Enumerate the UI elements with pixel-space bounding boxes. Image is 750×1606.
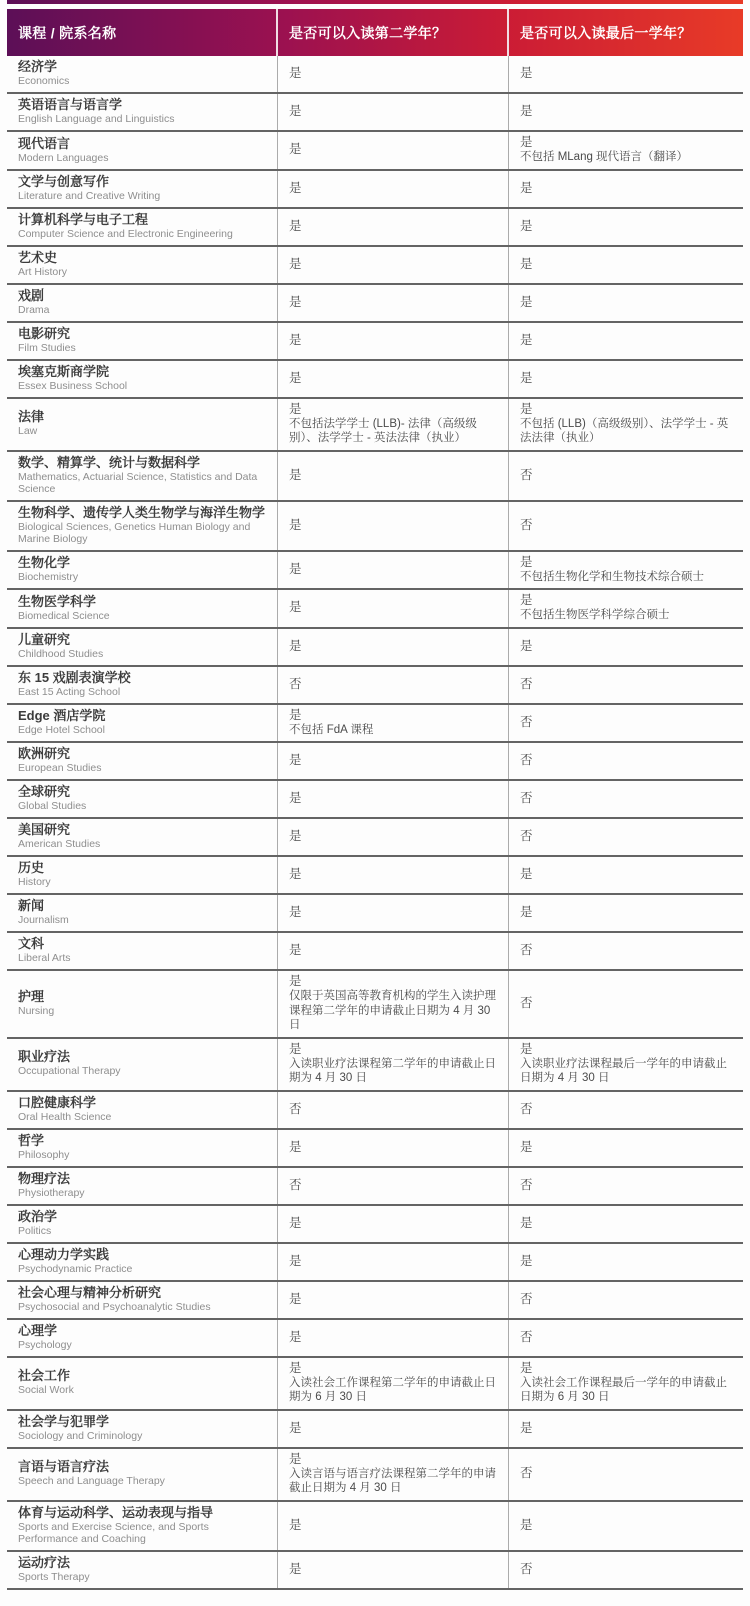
second-year-cell: 是入读社会工作课程第二学年的申请截止日期为 6 月 30 日 <box>278 1358 509 1409</box>
second-year-cell: 否 <box>278 1168 509 1204</box>
final-year-answer: 否 <box>520 468 735 483</box>
second-year-answer: 是 <box>289 867 500 882</box>
second-year-answer: 是 <box>289 1421 500 1436</box>
final-year-answer: 否 <box>520 791 735 806</box>
final-year-cell: 否 <box>509 705 743 742</box>
final-year-cell: 是 <box>509 285 743 321</box>
final-year-cell: 是不包括 (LLB)（高级级别）、法学学士 - 英法法律（执业） <box>509 399 743 450</box>
final-year-cell: 否 <box>509 1320 743 1356</box>
table-row: 戏剧Drama是是 <box>7 285 743 323</box>
second-year-answer: 是 <box>289 600 500 615</box>
table-row: 社会心理与精神分析研究Psychosocial and Psychoanalyt… <box>7 1282 743 1320</box>
second-year-answer: 是 <box>289 753 500 768</box>
final-year-answer: 否 <box>520 1562 735 1577</box>
final-year-answer: 是 <box>520 867 735 882</box>
course-name-zh: 全球研究 <box>18 784 269 800</box>
course-name-en: Oral Health Science <box>18 1111 269 1124</box>
second-year-cell: 是 <box>278 590 509 627</box>
second-year-answer: 是 <box>289 905 500 920</box>
course-name-zh: 政治学 <box>18 1209 269 1225</box>
second-year-note: 仅限于英国高等教育机构的学生入读护理课程第二学年的申请截止日期为 4 月 30 … <box>289 989 500 1033</box>
final-year-answer: 是 <box>520 1361 735 1376</box>
course-name-en: Global Studies <box>18 800 269 813</box>
top-gradient-strip <box>7 0 743 4</box>
table-row: 文学与创意写作Literature and Creative Writing是是 <box>7 171 743 209</box>
table-row: 数学、精算学、统计与数据科学Mathematics, Actuarial Sci… <box>7 452 743 502</box>
course-name-zh: 现代语言 <box>18 136 269 152</box>
final-year-cell: 是 <box>509 895 743 931</box>
course-name-zh: 文学与创意写作 <box>18 174 269 190</box>
course-name-zh: 生物化学 <box>18 555 269 571</box>
final-year-answer: 是 <box>520 135 735 150</box>
course-name-en: American Studies <box>18 838 269 851</box>
course-name-zh: 东 15 戏剧表演学校 <box>18 670 269 686</box>
table-row: 护理Nursing是仅限于英国高等教育机构的学生入读护理课程第二学年的申请截止日… <box>7 971 743 1039</box>
final-year-answer: 否 <box>520 1292 735 1307</box>
page: 课程 / 院系名称 是否可以入读第二学年？ 是否可以入读最后一学年？ 经济学Ec… <box>0 0 750 1606</box>
final-year-answer: 是 <box>520 333 735 348</box>
course-name-cell: Edge 酒店学院Edge Hotel School <box>7 705 278 742</box>
second-year-answer: 是 <box>289 1330 500 1345</box>
second-year-answer: 是 <box>289 1562 500 1577</box>
course-name-en: Speech and Language Therapy <box>18 1475 269 1488</box>
course-name-cell: 新闻Journalism <box>7 895 278 931</box>
final-year-cell: 是不包括生物医学科学综合硕士 <box>509 590 743 627</box>
second-year-answer: 是 <box>289 708 500 723</box>
table-row: 现代语言Modern Languages是是不包括 MLang 现代语言（翻译） <box>7 132 743 171</box>
second-year-note: 不包括法学学士 (LLB)- 法律（高级级别）、法学学士 - 英法法律（执业） <box>289 417 500 446</box>
table-row: 法律Law是不包括法学学士 (LLB)- 法律（高级级别）、法学学士 - 英法法… <box>7 399 743 452</box>
course-name-en: Nursing <box>18 1005 269 1018</box>
course-name-zh: 生物医学科学 <box>18 594 269 610</box>
course-name-zh: 社会工作 <box>18 1368 269 1384</box>
course-name-zh: 社会心理与精神分析研究 <box>18 1285 269 1301</box>
table-row: 文科Liberal Arts是否 <box>7 933 743 971</box>
table-row: 东 15 戏剧表演学校East 15 Acting School否否 <box>7 667 743 705</box>
course-name-cell: 埃塞克斯商学院Essex Business School <box>7 361 278 397</box>
second-year-cell: 否 <box>278 1092 509 1128</box>
course-name-en: East 15 Acting School <box>18 686 269 699</box>
final-year-answer: 否 <box>520 1178 735 1193</box>
course-name-cell: 哲学Philosophy <box>7 1130 278 1166</box>
course-name-cell: 欧洲研究European Studies <box>7 743 278 779</box>
second-year-cell: 是 <box>278 132 509 169</box>
second-year-cell: 是仅限于英国高等教育机构的学生入读护理课程第二学年的申请截止日期为 4 月 30… <box>278 971 509 1037</box>
final-year-answer: 否 <box>520 1102 735 1117</box>
course-name-zh: 口腔健康科学 <box>18 1095 269 1111</box>
final-year-answer: 是 <box>520 1254 735 1269</box>
course-name-cell: 生物医学科学Biomedical Science <box>7 590 278 627</box>
second-year-answer: 是 <box>289 402 500 417</box>
course-name-en: Computer Science and Electronic Engineer… <box>18 228 269 241</box>
course-name-en: Edge Hotel School <box>18 724 269 737</box>
course-name-cell: 英语语言与语言学English Language and Linguistics <box>7 94 278 130</box>
course-name-cell: 东 15 戏剧表演学校East 15 Acting School <box>7 667 278 703</box>
table-row: 政治学Politics是是 <box>7 1206 743 1244</box>
course-name-cell: 现代语言Modern Languages <box>7 132 278 169</box>
course-name-en: Law <box>18 425 269 438</box>
course-name-en: Literature and Creative Writing <box>18 190 269 203</box>
final-year-answer: 否 <box>520 518 735 533</box>
second-year-note: 入读社会工作课程第二学年的申请截止日期为 6 月 30 日 <box>289 1376 500 1405</box>
table-row: 生物化学Biochemistry是是不包括生物化学和生物技术综合硕士 <box>7 552 743 591</box>
second-year-cell: 是 <box>278 1244 509 1280</box>
second-year-cell: 是 <box>278 56 509 92</box>
second-year-cell: 是 <box>278 1320 509 1356</box>
table-row: 心理学Psychology是否 <box>7 1320 743 1358</box>
table-row: 社会工作Social Work是入读社会工作课程第二学年的申请截止日期为 6 月… <box>7 1358 743 1411</box>
final-year-cell: 是 <box>509 1502 743 1550</box>
table-row: 电影研究Film Studies是是 <box>7 323 743 361</box>
table-row: 社会学与犯罪学Sociology and Criminology是是 <box>7 1411 743 1449</box>
table-body: 经济学Economics是是英语语言与语言学English Language a… <box>7 56 743 1590</box>
second-year-note: 入读言语与语言疗法课程第二学年的申请截止日期为 4 月 30 日 <box>289 1467 500 1496</box>
table-row: 欧洲研究European Studies是否 <box>7 743 743 781</box>
final-year-cell: 是不包括生物化学和生物技术综合硕士 <box>509 552 743 589</box>
course-name-zh: 艺术史 <box>18 250 269 266</box>
second-year-cell: 是 <box>278 629 509 665</box>
course-name-cell: 美国研究American Studies <box>7 819 278 855</box>
final-year-cell: 否 <box>509 1449 743 1500</box>
final-year-cell: 是 <box>509 1244 743 1280</box>
course-name-zh: 经济学 <box>18 59 269 75</box>
table-row: 心理动力学实践Psychodynamic Practice是是 <box>7 1244 743 1282</box>
final-year-answer: 是 <box>520 905 735 920</box>
course-name-zh: Edge 酒店学院 <box>18 708 269 724</box>
final-year-answer: 是 <box>520 1216 735 1231</box>
header-final-year: 是否可以入读最后一学年？ <box>509 9 743 56</box>
course-name-cell: 运动疗法Sports Therapy <box>7 1552 278 1588</box>
second-year-cell: 是不包括法学学士 (LLB)- 法律（高级级别）、法学学士 - 英法法律（执业） <box>278 399 509 450</box>
course-name-cell: 艺术史Art History <box>7 247 278 283</box>
course-name-cell: 生物化学Biochemistry <box>7 552 278 589</box>
second-year-answer: 是 <box>289 142 500 157</box>
course-name-en: History <box>18 876 269 889</box>
course-name-zh: 社会学与犯罪学 <box>18 1414 269 1430</box>
second-year-answer: 是 <box>289 791 500 806</box>
course-name-zh: 生物科学、遗传学人类生物学与海洋生物学 <box>18 505 269 521</box>
final-year-cell: 否 <box>509 502 743 550</box>
second-year-cell: 是 <box>278 209 509 245</box>
course-name-cell: 计算机科学与电子工程Computer Science and Electroni… <box>7 209 278 245</box>
course-name-en: Essex Business School <box>18 380 269 393</box>
second-year-cell: 是 <box>278 247 509 283</box>
final-year-answer: 是 <box>520 104 735 119</box>
course-name-cell: 心理动力学实践Psychodynamic Practice <box>7 1244 278 1280</box>
course-name-cell: 电影研究Film Studies <box>7 323 278 359</box>
second-year-answer: 是 <box>289 639 500 654</box>
course-name-en: Journalism <box>18 914 269 927</box>
final-year-answer: 是 <box>520 295 735 310</box>
table-row: 英语语言与语言学English Language and Linguistics… <box>7 94 743 132</box>
table-header-row: 课程 / 院系名称 是否可以入读第二学年？ 是否可以入读最后一学年？ <box>7 9 743 56</box>
second-year-answer: 是 <box>289 1452 500 1467</box>
second-year-cell: 是 <box>278 933 509 969</box>
second-year-answer: 是 <box>289 1254 500 1269</box>
course-name-zh: 儿童研究 <box>18 632 269 648</box>
course-name-cell: 体育与运动科学、运动表现与指导Sports and Exercise Scien… <box>7 1502 278 1550</box>
course-name-cell: 历史History <box>7 857 278 893</box>
final-year-answer: 是 <box>520 371 735 386</box>
final-year-cell: 是 <box>509 361 743 397</box>
course-name-zh: 埃塞克斯商学院 <box>18 364 269 380</box>
course-name-en: Occupational Therapy <box>18 1065 269 1078</box>
second-year-answer: 是 <box>289 181 500 196</box>
second-year-cell: 是 <box>278 857 509 893</box>
final-year-answer: 是 <box>520 1518 735 1533</box>
course-name-en: Philosophy <box>18 1149 269 1162</box>
course-name-zh: 电影研究 <box>18 326 269 342</box>
table-row: 言语与语言疗法Speech and Language Therapy是入读言语与… <box>7 1449 743 1502</box>
course-name-en: Modern Languages <box>18 152 269 165</box>
course-name-zh: 体育与运动科学、运动表现与指导 <box>18 1505 269 1521</box>
second-year-answer: 是 <box>289 219 500 234</box>
course-name-zh: 计算机科学与电子工程 <box>18 212 269 228</box>
course-name-en: Psychodynamic Practice <box>18 1263 269 1276</box>
final-year-cell: 是 <box>509 247 743 283</box>
final-year-cell: 否 <box>509 819 743 855</box>
course-name-en: Economics <box>18 75 269 88</box>
course-name-en: European Studies <box>18 762 269 775</box>
final-year-answer: 是 <box>520 66 735 81</box>
final-year-answer: 否 <box>520 943 735 958</box>
final-year-answer: 是 <box>520 639 735 654</box>
course-name-cell: 生物科学、遗传学人类生物学与海洋生物学Biological Sciences, … <box>7 502 278 550</box>
course-name-en: Psychosocial and Psychoanalytic Studies <box>18 1301 269 1314</box>
second-year-answer: 否 <box>289 1102 500 1117</box>
second-year-cell: 是 <box>278 452 509 500</box>
course-name-en: Sports and Exercise Science, and Sports … <box>18 1521 269 1546</box>
second-year-cell: 是 <box>278 1130 509 1166</box>
second-year-answer: 是 <box>289 829 500 844</box>
final-year-answer: 是 <box>520 1140 735 1155</box>
second-year-answer: 是 <box>289 1292 500 1307</box>
final-year-answer: 是 <box>520 1042 735 1057</box>
table-row: 计算机科学与电子工程Computer Science and Electroni… <box>7 209 743 247</box>
second-year-cell: 是 <box>278 1552 509 1588</box>
final-year-cell: 否 <box>509 743 743 779</box>
course-name-en: Psychology <box>18 1339 269 1352</box>
final-year-answer: 是 <box>520 593 735 608</box>
final-year-answer: 否 <box>520 1330 735 1345</box>
final-year-cell: 是 <box>509 171 743 207</box>
table-row: 历史History是是 <box>7 857 743 895</box>
second-year-answer: 是 <box>289 104 500 119</box>
second-year-answer: 是 <box>289 1361 500 1376</box>
header-course-name: 课程 / 院系名称 <box>7 9 278 56</box>
course-name-zh: 心理学 <box>18 1323 269 1339</box>
second-year-answer: 是 <box>289 562 500 577</box>
second-year-cell: 是 <box>278 1502 509 1550</box>
second-year-answer: 否 <box>289 1178 500 1193</box>
final-year-cell: 否 <box>509 1168 743 1204</box>
final-year-answer: 是 <box>520 555 735 570</box>
second-year-answer: 是 <box>289 295 500 310</box>
course-name-cell: 数学、精算学、统计与数据科学Mathematics, Actuarial Sci… <box>7 452 278 500</box>
course-entry-table: 课程 / 院系名称 是否可以入读第二学年？ 是否可以入读最后一学年？ 经济学Ec… <box>7 9 743 1590</box>
final-year-cell: 是入读社会工作课程最后一学年的申请截止日期为 6 月 30 日 <box>509 1358 743 1409</box>
second-year-answer: 是 <box>289 257 500 272</box>
table-row: 艺术史Art History是是 <box>7 247 743 285</box>
course-name-en: Biochemistry <box>18 571 269 584</box>
course-name-en: Physiotherapy <box>18 1187 269 1200</box>
final-year-cell: 是 <box>509 323 743 359</box>
table-row: 美国研究American Studies是否 <box>7 819 743 857</box>
final-year-note: 入读职业疗法课程最后一学年的申请截止日期为 4 月 30 日 <box>520 1057 735 1086</box>
second-year-cell: 是 <box>278 323 509 359</box>
final-year-cell: 否 <box>509 667 743 703</box>
second-year-cell: 是 <box>278 1282 509 1318</box>
table-row: 口腔健康科学Oral Health Science否否 <box>7 1092 743 1130</box>
second-year-note: 入读职业疗法课程第二学年的申请截止日期为 4 月 30 日 <box>289 1057 500 1086</box>
course-name-zh: 英语语言与语言学 <box>18 97 269 113</box>
course-name-cell: 护理Nursing <box>7 971 278 1037</box>
table-row: 儿童研究Childhood Studies是是 <box>7 629 743 667</box>
final-year-cell: 是不包括 MLang 现代语言（翻译） <box>509 132 743 169</box>
course-name-cell: 文学与创意写作Literature and Creative Writing <box>7 171 278 207</box>
course-name-en: Liberal Arts <box>18 952 269 965</box>
final-year-answer: 否 <box>520 753 735 768</box>
course-name-zh: 戏剧 <box>18 288 269 304</box>
course-name-zh: 心理动力学实践 <box>18 1247 269 1263</box>
second-year-cell: 是 <box>278 781 509 817</box>
table-row: 经济学Economics是是 <box>7 56 743 94</box>
final-year-answer: 是 <box>520 1421 735 1436</box>
second-year-cell: 否 <box>278 667 509 703</box>
final-year-note: 不包括 (LLB)（高级级别）、法学学士 - 英法法律（执业） <box>520 417 735 446</box>
table-row: 职业疗法Occupational Therapy是入读职业疗法课程第二学年的申请… <box>7 1039 743 1092</box>
final-year-cell: 是 <box>509 1206 743 1242</box>
table-row: 新闻Journalism是是 <box>7 895 743 933</box>
final-year-answer: 是 <box>520 181 735 196</box>
second-year-answer: 是 <box>289 1042 500 1057</box>
final-year-answer: 否 <box>520 677 735 692</box>
second-year-cell: 是不包括 FdA 课程 <box>278 705 509 742</box>
final-year-cell: 是 <box>509 1130 743 1166</box>
course-name-zh: 美国研究 <box>18 822 269 838</box>
second-year-answer: 是 <box>289 468 500 483</box>
course-name-cell: 心理学Psychology <box>7 1320 278 1356</box>
course-name-zh: 数学、精算学、统计与数据科学 <box>18 455 269 471</box>
final-year-cell: 否 <box>509 1552 743 1588</box>
course-name-zh: 物理疗法 <box>18 1171 269 1187</box>
course-name-cell: 言语与语言疗法Speech and Language Therapy <box>7 1449 278 1500</box>
second-year-answer: 是 <box>289 1216 500 1231</box>
course-name-en: Social Work <box>18 1384 269 1397</box>
final-year-note: 不包括生物医学科学综合硕士 <box>520 608 735 623</box>
second-year-answer: 是 <box>289 333 500 348</box>
final-year-answer: 否 <box>520 715 735 730</box>
second-year-cell: 是 <box>278 743 509 779</box>
course-name-cell: 社会工作Social Work <box>7 1358 278 1409</box>
final-year-cell: 是 <box>509 1411 743 1447</box>
final-year-cell: 是 <box>509 94 743 130</box>
table-row: 体育与运动科学、运动表现与指导Sports and Exercise Scien… <box>7 1502 743 1552</box>
course-name-zh: 法律 <box>18 409 269 425</box>
second-year-answer: 否 <box>289 677 500 692</box>
final-year-cell: 是 <box>509 857 743 893</box>
second-year-answer: 是 <box>289 1518 500 1533</box>
second-year-cell: 是 <box>278 895 509 931</box>
course-name-zh: 欧洲研究 <box>18 746 269 762</box>
course-name-cell: 文科Liberal Arts <box>7 933 278 969</box>
course-name-zh: 新闻 <box>18 898 269 914</box>
final-year-note: 不包括生物化学和生物技术综合硕士 <box>520 570 735 585</box>
course-name-cell: 全球研究Global Studies <box>7 781 278 817</box>
course-name-cell: 职业疗法Occupational Therapy <box>7 1039 278 1090</box>
final-year-cell: 否 <box>509 1282 743 1318</box>
second-year-answer: 是 <box>289 1140 500 1155</box>
table-row: Edge 酒店学院Edge Hotel School是不包括 FdA 课程否 <box>7 705 743 744</box>
final-year-cell: 是 <box>509 629 743 665</box>
second-year-cell: 是 <box>278 552 509 589</box>
final-year-cell: 否 <box>509 1092 743 1128</box>
course-name-zh: 运动疗法 <box>18 1555 269 1571</box>
course-name-cell: 社会心理与精神分析研究Psychosocial and Psychoanalyt… <box>7 1282 278 1318</box>
course-name-en: Biological Sciences, Genetics Human Biol… <box>18 521 269 546</box>
final-year-answer: 是 <box>520 402 735 417</box>
course-name-en: Mathematics, Actuarial Science, Statisti… <box>18 471 269 496</box>
course-name-cell: 儿童研究Childhood Studies <box>7 629 278 665</box>
final-year-answer: 是 <box>520 219 735 234</box>
final-year-cell: 否 <box>509 971 743 1037</box>
course-name-en: Film Studies <box>18 342 269 355</box>
course-name-zh: 哲学 <box>18 1133 269 1149</box>
course-name-cell: 社会学与犯罪学Sociology and Criminology <box>7 1411 278 1447</box>
final-year-cell: 是 <box>509 56 743 92</box>
second-year-answer: 是 <box>289 974 500 989</box>
second-year-answer: 是 <box>289 943 500 958</box>
table-row: 物理疗法Physiotherapy否否 <box>7 1168 743 1206</box>
table-row: 埃塞克斯商学院Essex Business School是是 <box>7 361 743 399</box>
second-year-cell: 是 <box>278 285 509 321</box>
second-year-cell: 是 <box>278 171 509 207</box>
second-year-cell: 是入读言语与语言疗法课程第二学年的申请截止日期为 4 月 30 日 <box>278 1449 509 1500</box>
second-year-cell: 是 <box>278 361 509 397</box>
course-name-cell: 政治学Politics <box>7 1206 278 1242</box>
course-name-zh: 文科 <box>18 936 269 952</box>
course-name-en: Art History <box>18 266 269 279</box>
course-name-zh: 护理 <box>18 989 269 1005</box>
final-year-answer: 否 <box>520 829 735 844</box>
second-year-cell: 是 <box>278 1411 509 1447</box>
course-name-en: Childhood Studies <box>18 648 269 661</box>
course-name-en: Biomedical Science <box>18 610 269 623</box>
second-year-cell: 是 <box>278 94 509 130</box>
second-year-cell: 是 <box>278 1206 509 1242</box>
table-row: 运动疗法Sports Therapy是否 <box>7 1552 743 1590</box>
final-year-cell: 是入读职业疗法课程最后一学年的申请截止日期为 4 月 30 日 <box>509 1039 743 1090</box>
course-name-cell: 经济学Economics <box>7 56 278 92</box>
course-name-cell: 法律Law <box>7 399 278 450</box>
final-year-answer: 是 <box>520 257 735 272</box>
second-year-cell: 是 <box>278 502 509 550</box>
final-year-answer: 否 <box>520 1466 735 1481</box>
second-year-answer: 是 <box>289 518 500 533</box>
course-name-en: Sociology and Criminology <box>18 1430 269 1443</box>
table-row: 生物科学、遗传学人类生物学与海洋生物学Biological Sciences, … <box>7 502 743 552</box>
final-year-note: 不包括 MLang 现代语言（翻译） <box>520 150 735 165</box>
course-name-cell: 物理疗法Physiotherapy <box>7 1168 278 1204</box>
table-row: 全球研究Global Studies是否 <box>7 781 743 819</box>
second-year-answer: 是 <box>289 371 500 386</box>
header-second-year: 是否可以入读第二学年？ <box>278 9 509 56</box>
course-name-cell: 口腔健康科学Oral Health Science <box>7 1092 278 1128</box>
course-name-en: Politics <box>18 1225 269 1238</box>
course-name-zh: 职业疗法 <box>18 1049 269 1065</box>
final-year-cell: 是 <box>509 209 743 245</box>
second-year-cell: 是入读职业疗法课程第二学年的申请截止日期为 4 月 30 日 <box>278 1039 509 1090</box>
